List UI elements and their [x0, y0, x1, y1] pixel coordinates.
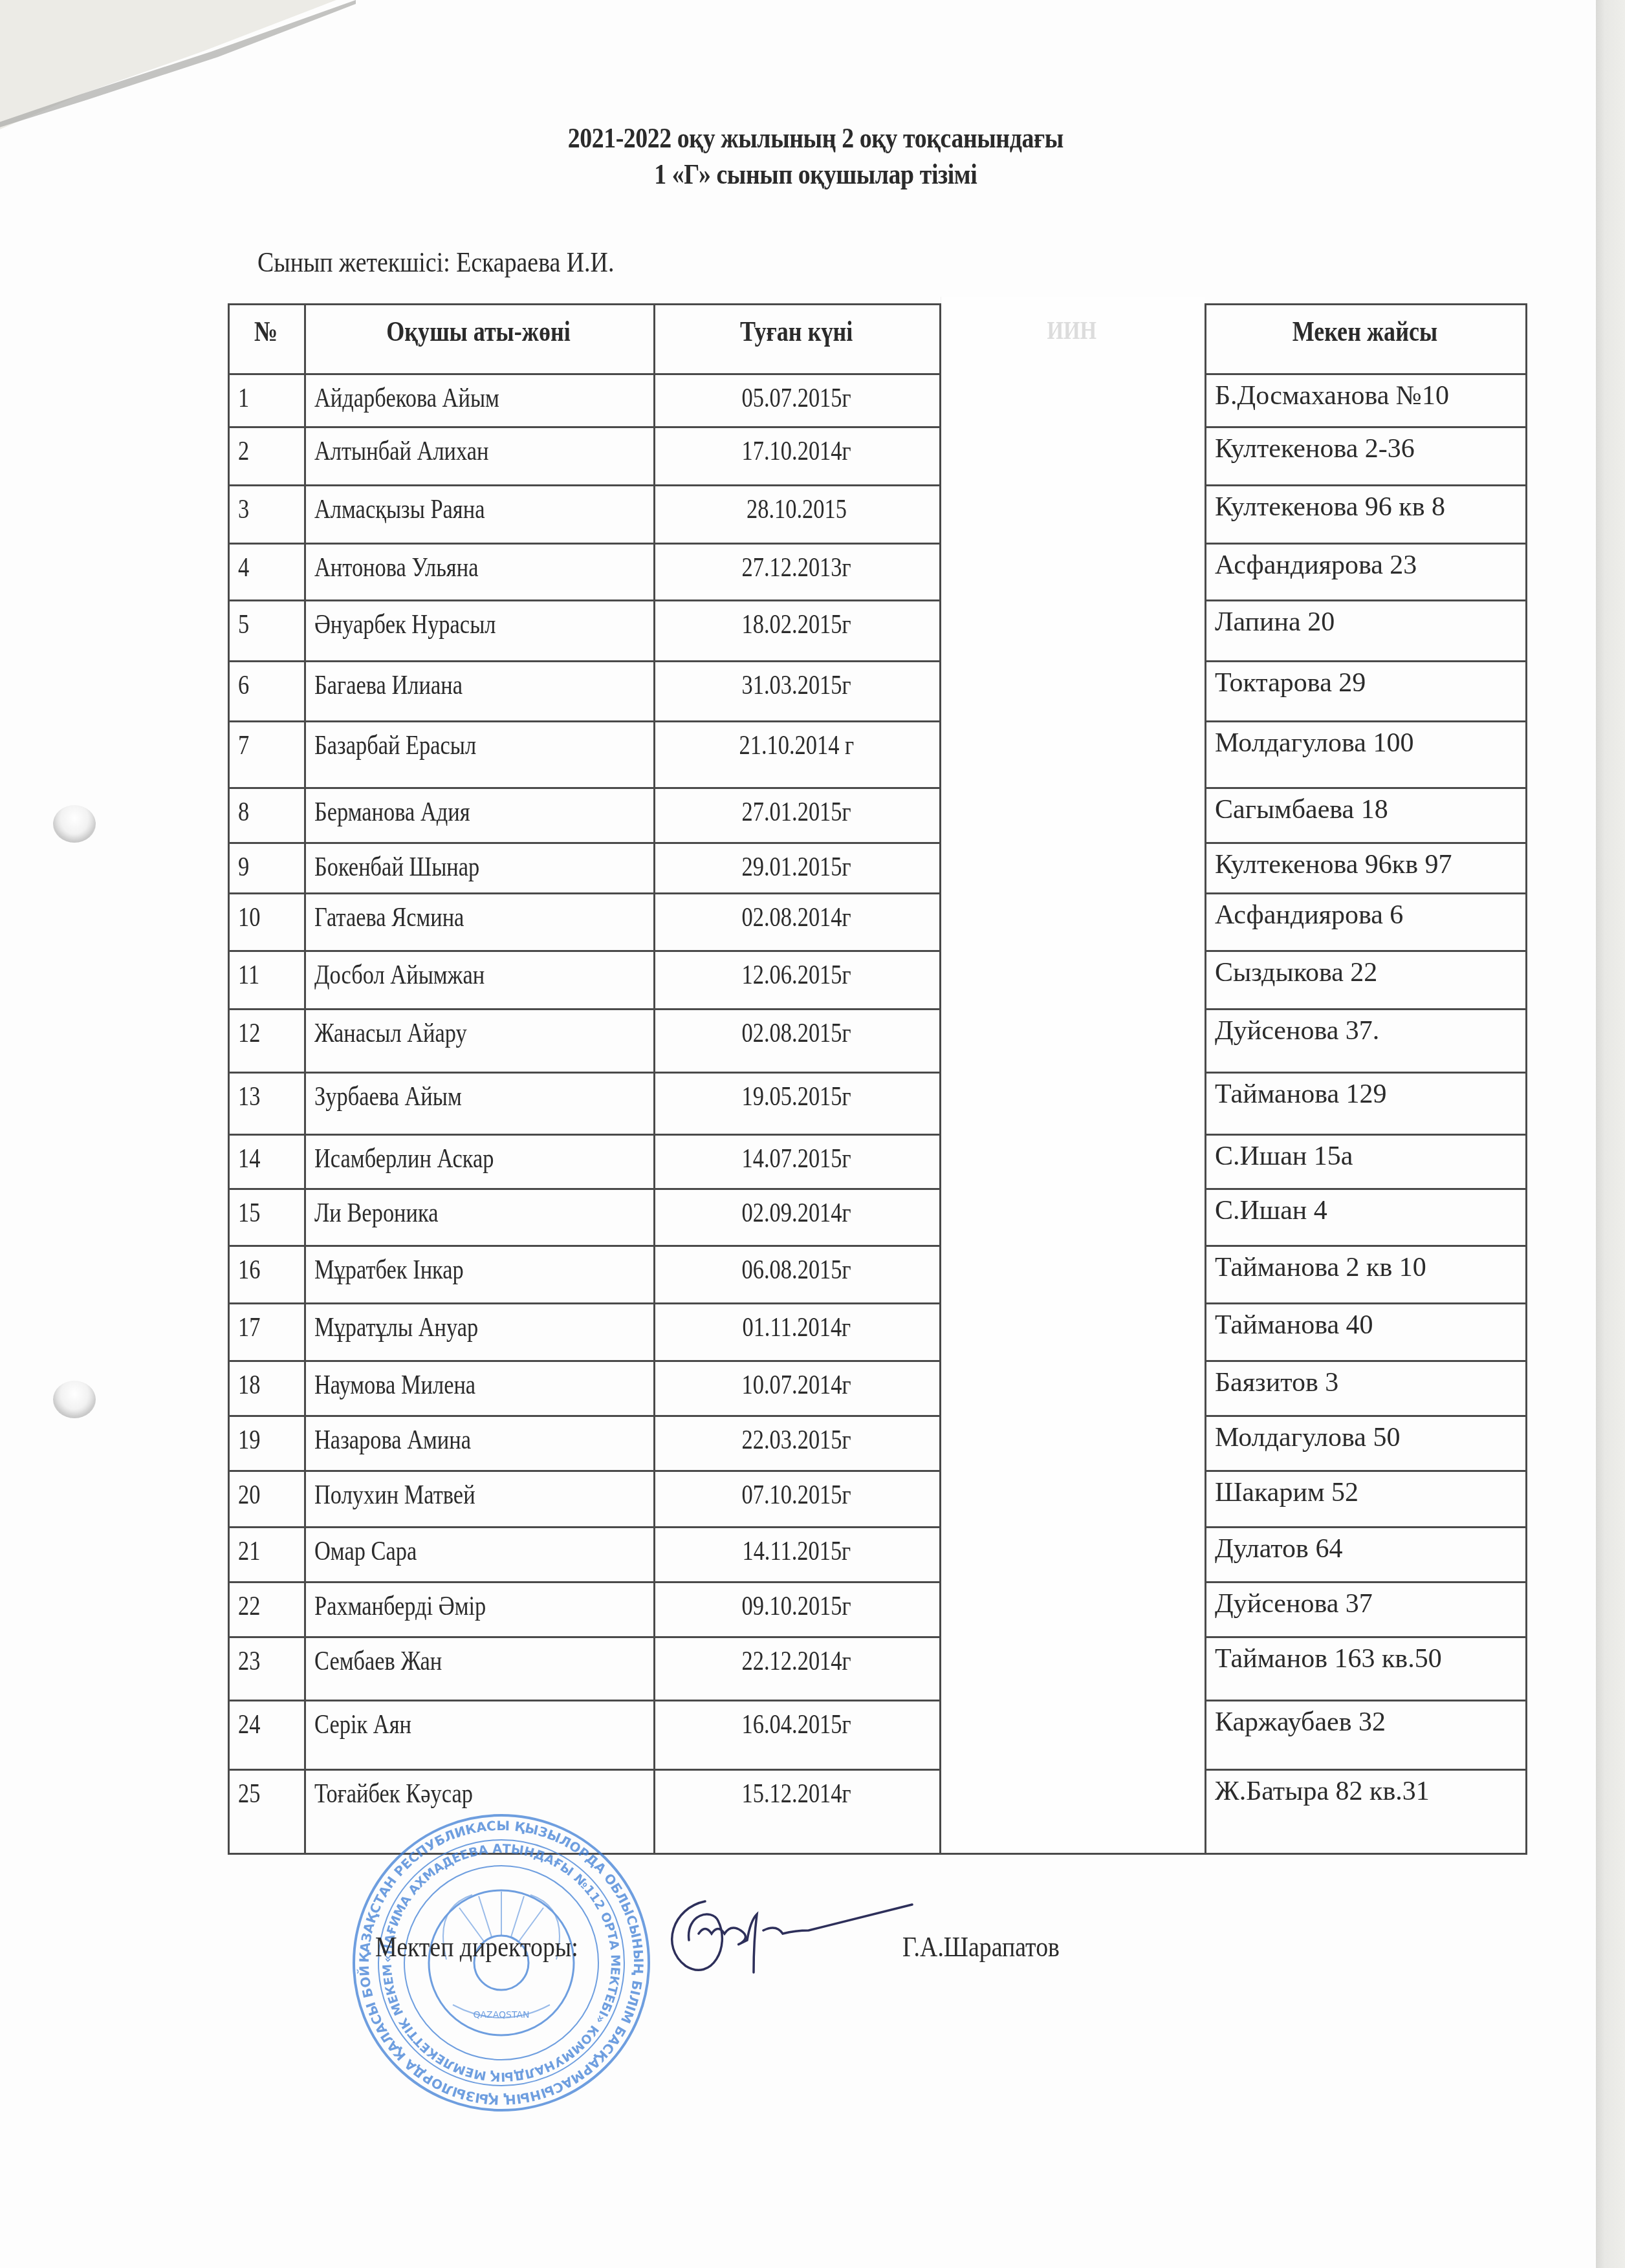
document-title-line1: 2021-2022 оқу жылының 2 оқу тоқсанындағы — [117, 122, 1514, 155]
address: Баязитов 3 — [1215, 1369, 1525, 1415]
birth-date: 01.11.2014г — [653, 1314, 939, 1360]
table-rule-horizontal — [228, 660, 1527, 662]
row-number: 18 — [238, 1372, 304, 1415]
address: Тайманова 2 кв 10 — [1215, 1254, 1525, 1302]
row-number: 3 — [238, 496, 304, 543]
birth-date: 15.12.2014г — [653, 1780, 939, 1853]
row-number: 25 — [238, 1780, 304, 1853]
birth-date: 19.05.2015г — [653, 1083, 939, 1134]
row-number: 8 — [238, 799, 304, 842]
document-title-line2: 1 «Г» сынып оқушылар тізімі — [117, 158, 1514, 191]
col-header-name: Оқушы аты-жөні — [304, 318, 653, 373]
table-rule-horizontal — [228, 1134, 1527, 1136]
address: Култекенова 2-36 — [1215, 435, 1525, 484]
row-number: 4 — [238, 554, 304, 599]
row-number: 2 — [238, 438, 304, 484]
birth-date: 28.10.2015 — [653, 496, 939, 543]
table-rule-horizontal — [228, 373, 1527, 375]
table-rule-horizontal — [228, 892, 1527, 894]
address: Асфандиярова 6 — [1215, 902, 1525, 950]
row-number: 16 — [238, 1257, 304, 1302]
table-rule-horizontal — [228, 303, 1527, 305]
punch-hole — [53, 1381, 96, 1418]
birth-date: 06.08.2015г — [653, 1257, 939, 1302]
class-teacher: Сынып жетекшісі: Ескараева И.И. — [257, 246, 614, 279]
row-number: 21 — [238, 1538, 304, 1581]
table-rule-vertical — [1525, 303, 1527, 1855]
student-name: Омар Сара — [314, 1538, 653, 1581]
row-number: 5 — [238, 611, 304, 660]
table-rule-horizontal — [228, 842, 1527, 844]
address: С.Ишан 15а — [1215, 1143, 1525, 1188]
student-name: Айдарбекова Айым — [314, 385, 653, 426]
address: Молдагулова 50 — [1215, 1424, 1525, 1470]
table-rule-vertical — [1205, 303, 1206, 1855]
address: Дулатов 64 — [1215, 1535, 1525, 1581]
table-rule-horizontal — [228, 1636, 1527, 1638]
table-rule-vertical — [228, 303, 230, 1855]
address: Тайманова 129 — [1215, 1081, 1525, 1134]
col-header-birthdate: Туған күні — [653, 318, 939, 373]
table-rule-horizontal — [228, 1470, 1527, 1472]
student-name: Бокенбай Шынар — [314, 854, 653, 892]
row-number: 13 — [238, 1083, 304, 1134]
address: Дуйсенова 37. — [1215, 1017, 1525, 1072]
table-rule-horizontal — [228, 1700, 1527, 1701]
address: С.Ишан 4 — [1215, 1197, 1525, 1245]
row-number: 22 — [238, 1593, 304, 1636]
student-name: Алтынбай Алихан — [314, 438, 653, 484]
table-rule-horizontal — [228, 426, 1527, 428]
birth-date: 29.01.2015г — [653, 854, 939, 892]
row-number: 17 — [238, 1314, 304, 1360]
table-rule-horizontal — [228, 599, 1527, 601]
birth-date: 27.12.2013г — [653, 554, 939, 599]
row-number: 24 — [238, 1711, 304, 1769]
table-rule-horizontal — [228, 950, 1527, 952]
row-number: 10 — [238, 904, 304, 950]
student-table: №Оқушы аты-жөніТуған күніИИНМекен жайсы1… — [228, 303, 1527, 1855]
student-name: Берманова Адия — [314, 799, 653, 842]
student-name: Жанасыл Айару — [314, 1020, 653, 1072]
student-name: Наумова Милена — [314, 1372, 653, 1415]
table-rule-horizontal — [228, 1360, 1527, 1362]
address: Шакарим 52 — [1215, 1479, 1525, 1526]
birth-date: 07.10.2015г — [653, 1482, 939, 1526]
address: Токтарова 29 — [1215, 669, 1525, 720]
scanner-border — [1596, 0, 1625, 2268]
birth-date: 09.10.2015г — [653, 1593, 939, 1636]
student-name: Мұратбек Інкар — [314, 1257, 653, 1302]
birth-date: 12.06.2015г — [653, 962, 939, 1008]
address: Сагымбаева 18 — [1215, 796, 1525, 842]
row-number: 6 — [238, 672, 304, 720]
student-name: Сембаев Жан — [314, 1648, 653, 1700]
col-header-number: № — [228, 318, 304, 373]
table-rule-horizontal — [228, 1581, 1527, 1583]
birth-date: 10.07.2014г — [653, 1372, 939, 1415]
col-header-address: Мекен жайсы — [1205, 318, 1525, 373]
address: Тайманова 40 — [1215, 1312, 1525, 1360]
table-rule-horizontal — [228, 1302, 1527, 1304]
table-rule-horizontal — [228, 1526, 1527, 1528]
address: Каржаубаев 32 — [1215, 1709, 1525, 1769]
row-number: 1 — [238, 385, 304, 426]
address: Лапина 20 — [1215, 609, 1525, 660]
col-header-iin: ИИН — [939, 318, 1205, 373]
row-number: 12 — [238, 1020, 304, 1072]
address: Асфандиярова 23 — [1215, 552, 1525, 599]
row-number: 15 — [238, 1200, 304, 1245]
address: Дуйсенова 37 — [1215, 1590, 1525, 1636]
row-number: 19 — [238, 1427, 304, 1470]
student-name: Алмасқызы Раяна — [314, 496, 653, 543]
address: Тайманов 163 кв.50 — [1215, 1645, 1525, 1700]
row-number: 14 — [238, 1145, 304, 1188]
student-name: Гатаева Ясмина — [314, 904, 653, 950]
svg-text:QAZAQSTAN: QAZAQSTAN — [474, 2010, 530, 2020]
table-rule-horizontal — [228, 1072, 1527, 1074]
birth-date: 02.08.2014г — [653, 904, 939, 950]
row-number: 20 — [238, 1482, 304, 1526]
student-name: Исамберлин Аскар — [314, 1145, 653, 1188]
table-rule-horizontal — [228, 1769, 1527, 1771]
birth-date: 21.10.2014 г — [653, 732, 939, 787]
table-rule-horizontal — [228, 484, 1527, 486]
row-number: 9 — [238, 854, 304, 892]
row-number: 23 — [238, 1648, 304, 1700]
director-label: Мектеп директоры: — [375, 1930, 578, 1963]
signature-icon — [660, 1888, 919, 1979]
table-rule-horizontal — [228, 543, 1527, 545]
birth-date: 22.03.2015г — [653, 1427, 939, 1470]
table-rule-vertical — [304, 303, 306, 1855]
birth-date: 14.07.2015г — [653, 1145, 939, 1188]
director-name: Г.А.Шарапатов — [902, 1930, 1060, 1963]
address: Молдагулова 100 — [1215, 729, 1525, 787]
address: Б.Досмаханова №10 — [1215, 382, 1525, 426]
student-name: Зурбаева Айым — [314, 1083, 653, 1134]
birth-date: 22.12.2014г — [653, 1648, 939, 1700]
address: Култекенова 96 кв 8 — [1215, 493, 1525, 543]
student-name: Мұратұлы Ануар — [314, 1314, 653, 1360]
birth-date: 16.04.2015г — [653, 1711, 939, 1769]
redacted-id-strip — [941, 297, 1205, 1853]
student-name: Досбол Айымжан — [314, 962, 653, 1008]
student-name: Антонова Ульяна — [314, 554, 653, 599]
birth-date: 27.01.2015г — [653, 799, 939, 842]
birth-date: 05.07.2015г — [653, 385, 939, 426]
student-name: Серік Аян — [314, 1711, 653, 1769]
birth-date: 18.02.2015г — [653, 611, 939, 660]
student-name: Багаева Илиана — [314, 672, 653, 720]
student-name: Полухин Матвей — [314, 1482, 653, 1526]
student-name: Ли Вероника — [314, 1200, 653, 1245]
student-name: Рахманберді Әмір — [314, 1593, 653, 1636]
row-number: 7 — [238, 732, 304, 787]
address: Сыздыкова 22 — [1215, 959, 1525, 1008]
row-number: 11 — [238, 962, 304, 1008]
birth-date: 31.03.2015г — [653, 672, 939, 720]
table-rule-horizontal — [228, 1415, 1527, 1417]
address: Култекенова 96кв 97 — [1215, 851, 1525, 892]
birth-date: 02.08.2015г — [653, 1020, 939, 1072]
punch-hole — [53, 805, 96, 843]
student-name: Назарова Амина — [314, 1427, 653, 1470]
table-rule-horizontal — [228, 1008, 1527, 1010]
birth-date: 02.09.2014г — [653, 1200, 939, 1245]
birth-date: 14.11.2015г — [653, 1538, 939, 1581]
birth-date: 17.10.2014г — [653, 438, 939, 484]
address: Ж.Батыра 82 кв.31 — [1215, 1778, 1525, 1853]
student-name: Әнуарбек Нурасыл — [314, 611, 653, 660]
table-rule-horizontal — [228, 720, 1527, 722]
table-rule-horizontal — [228, 1188, 1527, 1190]
table-rule-horizontal — [228, 1245, 1527, 1247]
table-rule-horizontal — [228, 787, 1527, 789]
student-name: Базарбай Ерасыл — [314, 732, 653, 787]
